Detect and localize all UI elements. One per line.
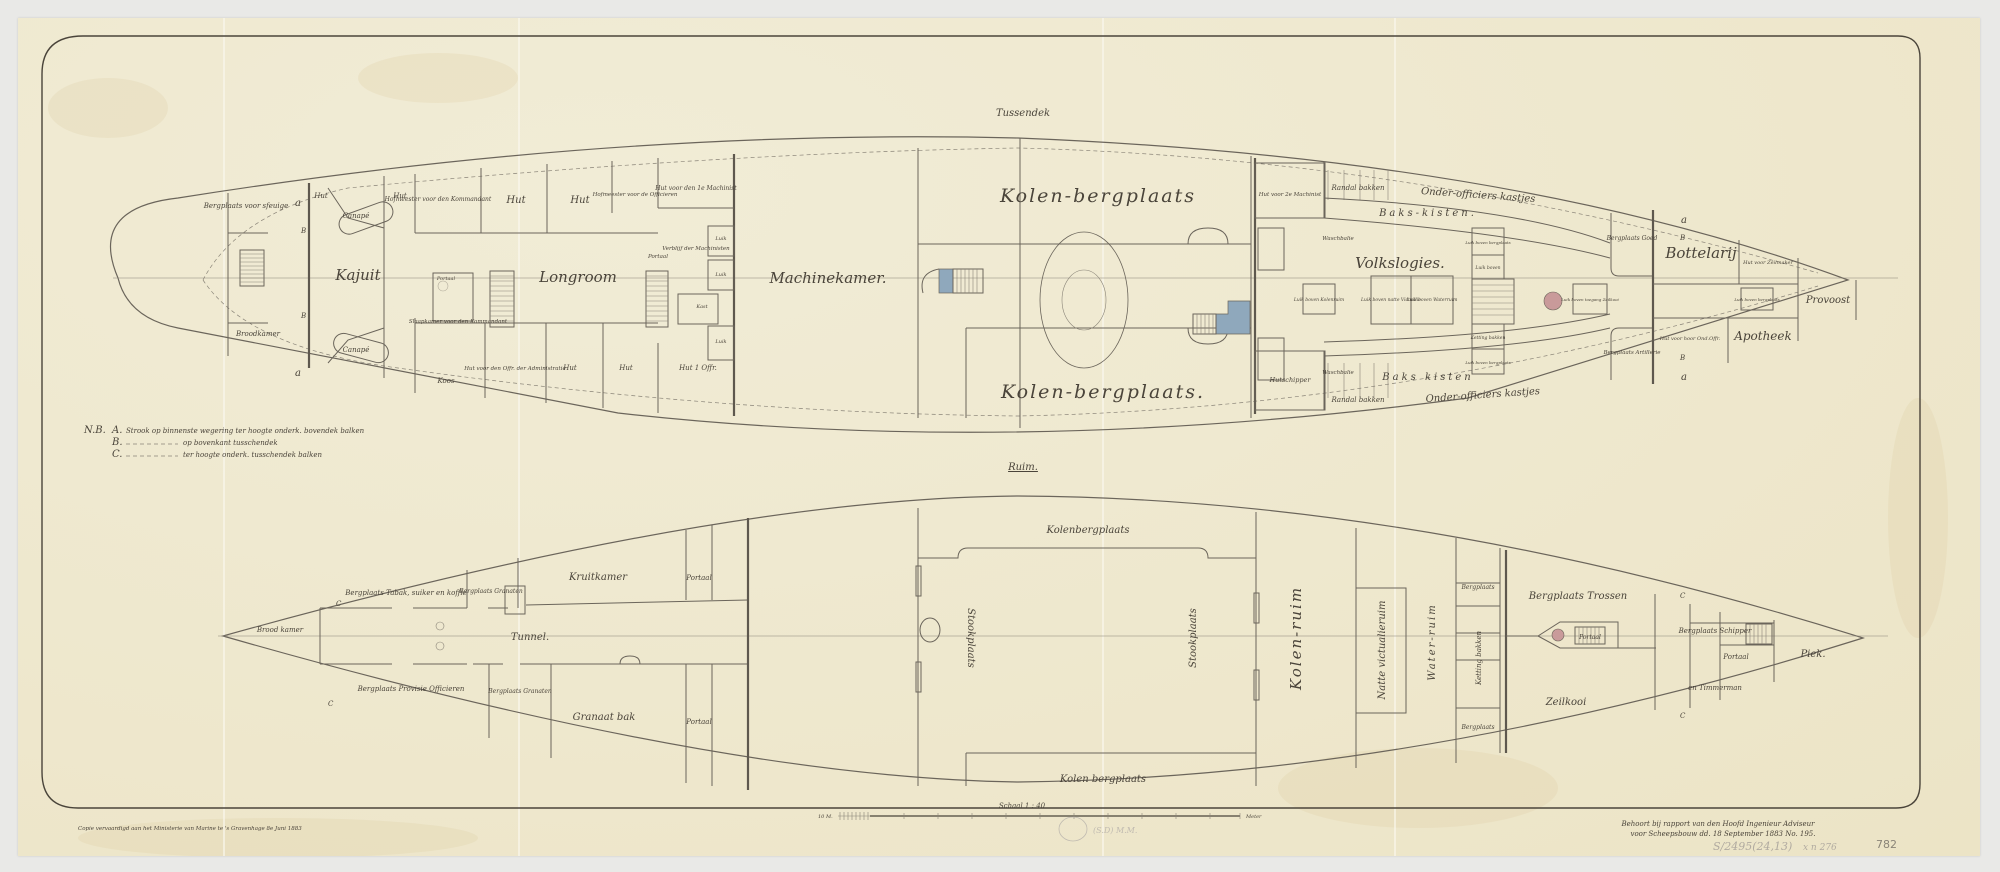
marker-a-fore-bottom: a (1681, 372, 1687, 383)
label-kolen-top: Kolen-bergplaats (999, 185, 1196, 207)
marker-a-fore-top: a (1681, 215, 1687, 226)
label-bakskisten-bottom: Baks kisten (1381, 372, 1473, 383)
catalogue-number: 782 (1876, 838, 1897, 851)
label-waschbalie-bottom: Waschbalie (1322, 370, 1354, 376)
label-stookplaats-1: Stookplaats (965, 608, 976, 668)
label-timmerman: en Timmerman (1688, 684, 1742, 692)
legend-key-c: C. (112, 449, 122, 460)
label-koos: Koos (436, 377, 454, 385)
label-bergplaats-goed: Bergplaats Goed (1606, 235, 1658, 242)
label-canape-top: Canapé (343, 212, 370, 220)
archive-stamp (1059, 817, 1087, 841)
label-bakskisten-top: Baks-kisten. (1378, 208, 1477, 219)
label-waschbalie-top: Waschbalie (1322, 236, 1354, 242)
label-bergplaats-provisie: Bergplaats Provisie Officieren (357, 685, 465, 693)
legend-title: N.B. (83, 425, 106, 436)
label-portaal-ruim-top: Portaal (685, 574, 711, 582)
label-machinekamer: Machinekamer. (768, 269, 886, 287)
label-longroom: Longroom (538, 268, 617, 286)
label-bergplaats-artillerie: Bergplaats Artillerie (1602, 350, 1661, 356)
label-piek: Piek. (1799, 649, 1825, 660)
marker-b-aft-top: B (300, 227, 306, 235)
label-randal-top: Randal bakken (1330, 184, 1385, 192)
label-hut-offi: Hut 1 Offr. (678, 364, 717, 372)
label-apotheek: Apotheek (1733, 329, 1792, 343)
marker-b-fore-top: B (1679, 234, 1685, 242)
label-hut-4: Hut (569, 195, 590, 206)
label-granaten-bottom: Bergplaats Granaten (487, 688, 552, 695)
ship-plan-drawing: Tussendek (18, 18, 1980, 856)
label-hofmeester-officieren: Hofmeester voor de Officieren (592, 192, 678, 198)
label-luik-waterruim: Luik boven Waterruim (1406, 297, 1458, 303)
label-hofmeester-kommandant: Hofmeester voor den Kommandant (384, 196, 492, 203)
label-kruitkamer: Kruitkamer (568, 572, 628, 583)
label-waterruim: Water-ruim (1427, 603, 1438, 680)
label-kolen-ruim-bottom: Kolen bergplaats (1059, 774, 1146, 785)
label-luik-provoost: Luik boven bergplaats (1733, 297, 1779, 302)
label-luik-1: Luik (714, 236, 726, 242)
legend-text-b: op bovenkant tusschendek (183, 439, 278, 447)
label-hut-1: Hut (313, 192, 328, 200)
pencil-ref: S/2495(24,13) (1713, 840, 1792, 853)
lower-deck-title: Ruim. (1007, 462, 1038, 473)
label-luik-kolenruim: Luik boven Kolenruim (1293, 297, 1344, 303)
label-ketting-bakken-td: Ketting bakken (1470, 335, 1506, 341)
ruim-deck (218, 496, 1888, 790)
tussendek-labels: Bergplaats voor sfeuige Broodkamer Kajui… (203, 184, 1851, 405)
label-luik-3: Luik (714, 339, 726, 345)
label-onderofficiers-top: Onder-officiers kastjes (1421, 186, 1536, 205)
pencil-ref-2: x n 276 (1803, 843, 1837, 853)
label-granaatbak: Granaat bak (573, 712, 636, 723)
marker-c-aft-bottom: C (328, 700, 334, 708)
label-bottelarij: Bottelarij (1664, 244, 1737, 262)
label-ruim-bergplaats-2: Bergplaats (1460, 724, 1494, 731)
marker-b-aft-bottom: B (300, 312, 306, 320)
marker-c-fore-bottom: C (1680, 712, 1686, 720)
label-luik-bergplaats-1: Luik boven bergplaats (1464, 240, 1510, 245)
label-bergplaats-tabak: Bergplaats Tabak, suiker en koffie (344, 589, 466, 597)
label-hut-onderofficier: Hut voor hoor Ond.Offr. (1659, 336, 1721, 342)
label-luik-lucht: Luik boven (1474, 265, 1500, 271)
legend-key-a: A. (111, 425, 122, 436)
pump-aft (1552, 629, 1564, 641)
label-hut-offi-admin: Hut voor den Offr. der Administratie (463, 366, 566, 372)
label-ruim-bergplaats-1: Bergplaats (1460, 584, 1494, 591)
border-frame (42, 36, 1920, 808)
upper-deck-title: Tussendek (996, 108, 1050, 119)
label-luik-zeilkooi: Luik boven toegang Zeilkooi (1560, 297, 1619, 302)
label-luik-2: Luik (714, 272, 726, 278)
label-canape-bottom: Canapé (343, 346, 370, 354)
label-kajuit: Kajuit (334, 266, 381, 284)
label-hut-machinist: Hut voor den 1e Machinist (654, 185, 737, 192)
label-hut-6: Hut (618, 364, 633, 372)
label-portaal-1: Portaal (436, 276, 456, 282)
scale-left-unit: 10 M. (818, 814, 833, 820)
label-provoost: Provoost (1805, 295, 1851, 306)
signature-line-2: voor Scheepsbouw dd. 18 September 1883 N… (1630, 830, 1815, 838)
label-broodkamer: Broodkamer (235, 330, 281, 338)
label-granaten-top: Bergplaats Granaten (458, 588, 523, 595)
label-hut-zeilmaker: Hut voor Zeilmaker (1742, 260, 1793, 266)
marker-c-fore-top: C (1680, 592, 1686, 600)
label-stookplaats-2: Stookplaats (1188, 608, 1199, 668)
stair-shaded-fore (1216, 301, 1250, 334)
stair-shaded-aft (939, 269, 953, 293)
legend-key-b: B. (111, 437, 123, 448)
label-portaal-ruim-bottom: Portaal (685, 718, 711, 726)
drawing-sheet: Tussendek (18, 18, 1980, 856)
scale-bar: Schaal 1 : 40 10 M. Meter (818, 802, 1262, 820)
label-hut-3: Hut (505, 195, 526, 206)
label-volkslogies: Volkslogies. (1355, 254, 1445, 272)
pump-fore (1544, 292, 1562, 310)
label-hut-2e-machinist: Hut voor 2e Machinist (1258, 192, 1322, 198)
legend-text-a: Strook op binnenste wegering ter hoogte … (126, 427, 365, 435)
label-kolen-bottom: Kolen-bergplaats. (1000, 381, 1205, 403)
label-ruim-broodkamer: Brood kamer (256, 626, 304, 634)
label-portaal-mid: Portaal (1578, 634, 1601, 641)
label-hutschipper: Hutschipper (1269, 376, 1312, 384)
label-tunnel: Tunnel. (511, 632, 549, 643)
label-verblijf-machinisten: Verblijf der Machinisten (662, 246, 730, 252)
label-slaapkamer-kommandant: Slaapkamer voor den Kommandant (409, 319, 508, 325)
label-onderofficiers-bottom: Onder-officiers kastjes (1425, 386, 1540, 405)
legend: N.B. A. Strook op binnenste wegering ter… (83, 425, 365, 460)
signature-line-1: Behoort bij rapport van den Hoofd Ingeni… (1620, 820, 1815, 828)
label-bergplaats-trossen: Bergplaats Trossen (1528, 591, 1627, 602)
label-bergplaats-schipper: Bergplaats Schipper (1678, 627, 1752, 635)
label-kolenruim: Kolen-ruim (1287, 586, 1305, 691)
marker-c-aft-top: C (336, 600, 342, 608)
legend-text-c: ter hoogte onderk. tusschendek balken (183, 451, 322, 459)
label-luik-bergplaats-2: Luik boven bergplaats (1464, 360, 1510, 365)
archive-stamp-text: (S.D) M.M. (1093, 826, 1137, 835)
label-zeilkooi: Zeilkooi (1545, 697, 1587, 708)
label-randal-bottom: Randal bakken (1330, 396, 1385, 404)
label-bergplaats-vivres: Bergplaats voor sfeuige (203, 202, 288, 210)
marker-a-aft-top: a (295, 198, 301, 209)
marker-b-fore-bottom: B (1679, 354, 1685, 362)
fold-lines (224, 18, 1395, 856)
label-natte-victualie: Natte victualieruim (1377, 601, 1388, 701)
scale-label: Schaal 1 : 40 (999, 802, 1046, 810)
label-kolen-ruim-top: Kolenbergplaats (1046, 525, 1130, 536)
label-portaal-2: Portaal (647, 254, 668, 260)
label-ruim-ketting-bakken: Ketting bakken (1475, 630, 1483, 686)
label-portaal-fore: Portaal (1722, 653, 1748, 661)
marker-a-aft-bottom: a (295, 368, 301, 379)
label-kast: Kast (695, 304, 708, 310)
label-hut-5: Hut (562, 364, 577, 372)
paper-stains (48, 53, 1948, 856)
copy-note: Copie vervaardigd aan het Ministerie van… (78, 826, 302, 832)
scale-right-unit: Meter (1245, 814, 1262, 820)
